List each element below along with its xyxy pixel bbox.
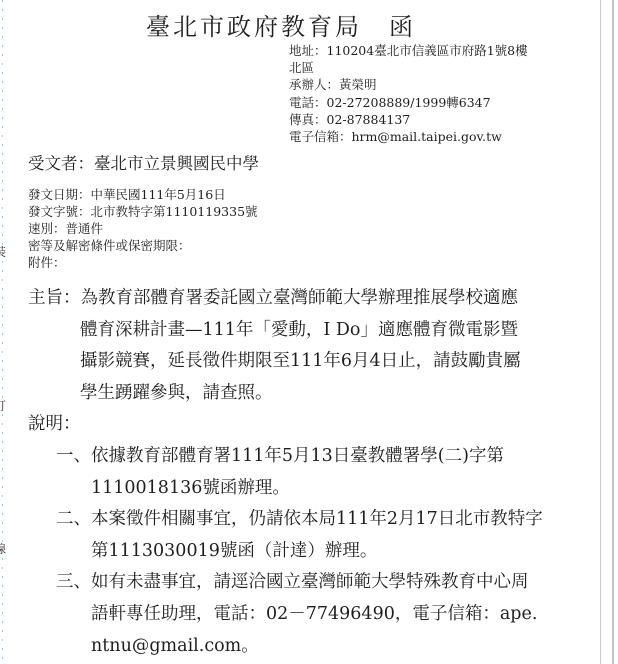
subject-paragraph: 主旨：為教育部體育署委託國立臺灣師範大學辦理推展學校適應 體育深耕計畫—111年… [28, 283, 578, 409]
binding-mark-xian: 線 [0, 540, 6, 557]
subject-text: 為教育部體育署委託國立臺灣師範大學辦理推展學校適應 體育深耕計畫—111年「愛動… [80, 288, 521, 403]
document-title: 臺北市政府教育局 函 [0, 7, 562, 42]
explanation-item-1: 一、依據教育部體育署111年5月13日臺教體署學(二)字第 1110018136… [56, 441, 578, 504]
official-letter-page: 裝 訂 線 臺北市政府教育局 函 地址：110204臺北市信義區市府路1號8樓 … [0, 0, 618, 664]
binding-mark-zhuang: 裝 [0, 243, 6, 260]
document-body: 主旨：為教育部體育署委託國立臺灣師範大學辦理推展學校適應 體育深耕計畫—111年… [28, 283, 578, 662]
explanation-item-3: 三、如有未盡事宜，請逕洽國立臺灣師範大學特殊教育中心周 語軒專任助理，電話：02… [56, 567, 578, 662]
document-meta-block: 發文日期：中華民國111年5月16日 發文字號：北市教特字第1110119335… [28, 186, 258, 271]
explanation-item-2: 二、本案徵件相關事宜，仍請依本局111年2月17日北市教特字 第11130300… [56, 504, 578, 567]
page-right-edge-line [600, 0, 601, 664]
subject-label: 主旨： [28, 288, 81, 308]
agency-contact-block: 地址：110204臺北市信義區市府路1號8樓 北區 承辦人：黃榮明 電話：02-… [289, 42, 528, 145]
binding-mark-ding: 訂 [0, 397, 6, 414]
binding-dotted-line [2, 0, 3, 664]
recipient-line: 受文者：臺北市立景興國民中學 [28, 150, 259, 174]
viewport-right-edge-line [612, 0, 614, 664]
explanation-label: 說明： [28, 409, 578, 441]
